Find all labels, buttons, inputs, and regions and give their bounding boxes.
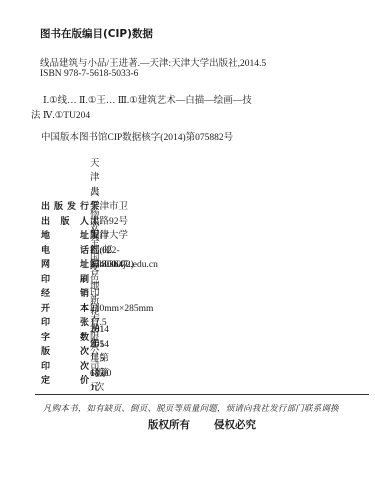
imprint-label-char: 刷 bbox=[80, 273, 89, 288]
imprint-label: 开本 bbox=[41, 302, 89, 317]
cip-isbn-line: ISBN 978-7-5618-5033-6 bbox=[40, 69, 138, 79]
imprint-label-char: 电 bbox=[41, 244, 50, 259]
imprint-label-char: 人 bbox=[80, 215, 89, 230]
cip-title-line: 线品建筑与小品/王进著.—天津:天津大学出版社,2014.5 bbox=[40, 55, 266, 69]
imprint-row: 地址天津市卫津路92号天津大学内(邮编:300072) bbox=[41, 229, 89, 244]
imprint-label-char: 销 bbox=[80, 287, 89, 302]
cip-classification-line: Ⅰ.①线… Ⅱ.①王… Ⅲ.①建筑艺术—白描—绘画—技 bbox=[43, 92, 252, 106]
imprint-label-char: 字 bbox=[41, 331, 50, 346]
infringement-warning: 侵权必究 bbox=[214, 417, 256, 432]
imprint-label-char: 价 bbox=[80, 374, 89, 389]
imprint-label: 定价 bbox=[41, 374, 89, 389]
imprint-row: 开本210mm×285mm bbox=[41, 302, 89, 317]
imprint-label-char: 出 bbox=[41, 215, 50, 230]
imprint-label-char: 出 bbox=[41, 200, 50, 215]
imprint-row: 定价68.00元 bbox=[41, 374, 89, 389]
imprint-label-char: 次 bbox=[80, 360, 89, 375]
imprint-label-char: 张 bbox=[80, 316, 89, 331]
imprint-label-char: 印 bbox=[41, 360, 50, 375]
imprint-label-char: 版 bbox=[60, 215, 69, 230]
imprint-value: 210mm×285mm bbox=[90, 302, 153, 317]
imprint-label: 网址 bbox=[41, 258, 89, 273]
imprint-label-char: 本 bbox=[80, 302, 89, 317]
copyright-reserved: 版权所有 bbox=[148, 417, 190, 432]
divider-rule bbox=[35, 394, 369, 395]
imprint-row: 印刷昌黎太阳红彩色印刷有限公司 bbox=[41, 273, 89, 288]
imprint-label-char: 网 bbox=[41, 258, 50, 273]
imprint-label-char: 印 bbox=[41, 273, 50, 288]
cip-record-number: 中国版本图书馆CIP数据核字(2014)第075882号 bbox=[41, 129, 233, 143]
imprint-label-char: 址 bbox=[80, 229, 89, 244]
imprint-row: 出版人杨欢 bbox=[41, 215, 89, 230]
imprint-label: 版次 bbox=[41, 345, 89, 360]
imprint-row: 印张17.5 bbox=[41, 316, 89, 331]
imprint-row: 印次2014年5月第1次 bbox=[41, 360, 89, 375]
imprint-label: 电话 bbox=[41, 244, 89, 259]
imprint-label-char: 印 bbox=[41, 316, 50, 331]
quality-notice: 凡购本书，如有缺页、倒页、脱页等质量问题，烦请向我社发行部门联系调换 bbox=[43, 402, 339, 414]
imprint-label-char: 址 bbox=[80, 258, 89, 273]
imprint-row: 出版发行天津大学出版社 bbox=[41, 200, 89, 215]
imprint-label: 字数 bbox=[41, 331, 89, 346]
imprint-label-char: 行 bbox=[80, 200, 89, 215]
imprint-label-char: 发 bbox=[67, 200, 76, 215]
imprint-label-char: 次 bbox=[80, 345, 89, 360]
imprint-row: 经销全国各地新华书店 bbox=[41, 287, 89, 302]
cip-title: 图书在版编目(CIP)数据 bbox=[40, 26, 153, 41]
imprint-label-char: 地 bbox=[41, 229, 50, 244]
imprint-table: 出版发行天津大学出版社出版人杨欢地址天津市卫津路92号天津大学内(邮编:3000… bbox=[41, 200, 89, 389]
imprint-label: 出版发行 bbox=[41, 200, 89, 215]
imprint-label-char: 版 bbox=[41, 345, 50, 360]
imprint-label: 印次 bbox=[41, 360, 89, 375]
imprint-label-char: 定 bbox=[41, 374, 50, 389]
imprint-label: 印张 bbox=[41, 316, 89, 331]
imprint-label-char: 数 bbox=[80, 331, 89, 346]
imprint-value: publish.tju.edu.cn bbox=[90, 258, 158, 273]
imprint-label: 出版人 bbox=[41, 215, 89, 230]
imprint-row: 字数181千 bbox=[41, 331, 89, 346]
cip-classification-line-cont: 法 Ⅳ.①TU204 bbox=[31, 107, 90, 121]
imprint-label: 经销 bbox=[41, 287, 89, 302]
imprint-value: 68.00元 bbox=[90, 367, 111, 396]
imprint-label-char: 版 bbox=[54, 200, 63, 215]
imprint-label-char: 开 bbox=[41, 302, 50, 317]
imprint-row: 版次2014年5月第1版 bbox=[41, 345, 89, 360]
imprint-row: 网址publish.tju.edu.cn bbox=[41, 258, 89, 273]
imprint-label: 印刷 bbox=[41, 273, 89, 288]
imprint-label-char: 经 bbox=[41, 287, 50, 302]
imprint-row: 电话发行部:022-27403647 bbox=[41, 244, 89, 259]
imprint-label-char: 话 bbox=[80, 244, 89, 259]
imprint-label: 地址 bbox=[41, 229, 89, 244]
